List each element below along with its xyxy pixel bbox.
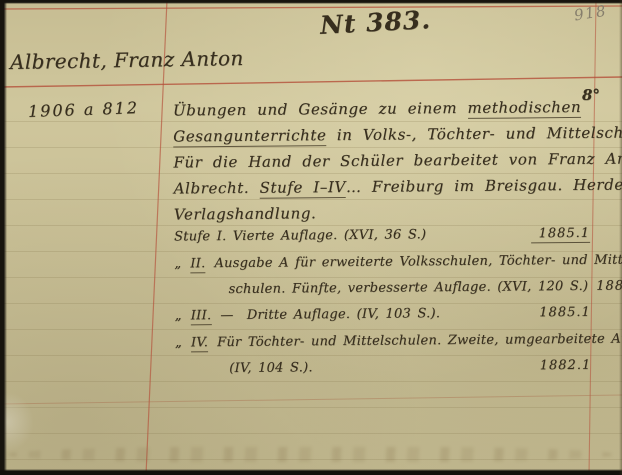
- reverse-side-show-through: [8, 447, 614, 462]
- underlined-text: Gesangunterrichte: [173, 126, 326, 147]
- scan-edge-bottom: [0, 469, 622, 475]
- edition-entry-stufe-3: „ III. — Dritte Auflage. (IV, 103 S.). 1…: [175, 305, 591, 326]
- title-text: Verlagshandlung.: [174, 204, 317, 223]
- ditto-mark: „: [175, 335, 191, 350]
- card-body: Übungen und Gesänge zu einem methodische…: [0, 0, 622, 475]
- stufe-numeral: IV.: [191, 335, 208, 352]
- entry-text: (IV, 104 S.).: [229, 360, 313, 376]
- title-line-3: Für die Hand der Schüler bearbeitet von …: [173, 150, 593, 172]
- entry-text: Für Töchter- und Mittelschulen. Zweite, …: [217, 331, 622, 350]
- entry-year: 1885.1: [530, 226, 590, 244]
- ditto-mark: „: [174, 256, 190, 271]
- edition-entry-stufe-2: „ II. Ausgabe A für erweiterte Volksschu…: [174, 253, 590, 274]
- entry-year: 1882.1: [532, 358, 592, 374]
- entry-year: 1885.1: [588, 278, 622, 294]
- stufe-numeral: III.: [191, 308, 212, 325]
- edition-entry-stufe-2-continued: schulen. Fünfte, verbesserte Auflage. (X…: [174, 279, 590, 298]
- scan-edge-top: [0, 0, 622, 4]
- edition-entry-stufe-4-continued: (IV, 104 S.). 1882.1: [175, 358, 591, 377]
- title-line-4: Albrecht. Stufe I–IV… Freiburg im Breisg…: [174, 176, 594, 198]
- title-line-5: Verlagshandlung.: [174, 202, 594, 224]
- title-text: Albrecht.: [174, 179, 260, 198]
- edition-entry-stufe-1: Stufe I. Vierte Auflage. (XVI, 36 S.) 18…: [174, 226, 590, 247]
- entry-text: Stufe I. Vierte Auflage. (XVI, 36 S.): [174, 227, 426, 244]
- edition-entry-stufe-4: „ IV. Für Töchter- und Mittelschulen. Zw…: [175, 332, 591, 353]
- title-line-1: Übungen und Gesänge zu einem methodische…: [173, 98, 593, 120]
- catalog-card-scan: Nt 383. 918 Albrecht, Franz Anton 1906 a…: [0, 0, 622, 475]
- title-line-2: Gesangunterrichte in Volks-, Töchter- un…: [173, 124, 593, 146]
- underlined-text: Stufe I–IV: [259, 178, 346, 199]
- title-text: Für die Hand der Schüler bearbeitet von …: [173, 149, 622, 171]
- title-text: Übungen und Gesänge zu einem: [173, 99, 468, 120]
- scan-edge-left: [0, 0, 7, 475]
- underlined-text: methodischen: [467, 98, 581, 119]
- stufe-numeral: II.: [190, 256, 205, 273]
- entry-year: 1885.1: [531, 305, 591, 321]
- title-text: in Volks-, Töchter- und Mittelschulen.: [326, 123, 622, 144]
- title-text: … Freiburg im Breisgau. Herdersche: [346, 175, 622, 196]
- entry-text: Ausgabe A für erweiterte Volksschulen, T…: [214, 252, 622, 271]
- entry-text: schulen. Fünfte, verbesserte Auflage. (X…: [228, 279, 588, 297]
- ditto-mark: „: [175, 308, 191, 323]
- entry-text: — Dritte Auflage. (IV, 103 S.).: [220, 306, 440, 323]
